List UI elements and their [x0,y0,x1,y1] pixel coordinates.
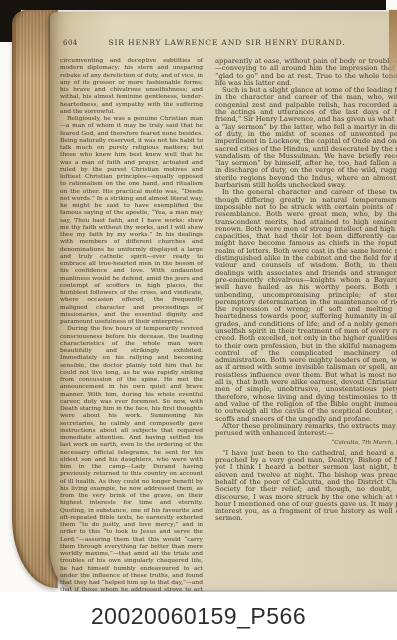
page-header: 604 SIR HENRY LAWRENCE AND SIR HENRY DUR… [60,38,394,51]
archive-id-label: 20020060159_P566 [91,603,306,630]
running-title: SIR HENRY LAWRENCE AND SIR HENRY DURAND. [60,38,394,47]
quote-paragraph: “I have just been to the cathedral, and … [215,450,397,523]
paragraph: Religiously, he was a genuine Christian … [60,116,203,326]
paragraph: circumventing and deceptive subtilties o… [60,58,203,116]
letter-dateline: “Calcutta, 7th March, 1853. [215,440,397,447]
book-photo: 604 SIR HENRY LAWRENCE AND SIR HENRY DUR… [0,0,397,592]
paragraph: After these preliminary remarks, the ext… [215,423,397,438]
page-number: 604 [63,39,78,47]
scanned-book-page: 604 SIR HENRY LAWRENCE AND SIR HENRY DUR… [0,0,397,640]
text-columns: circumventing and deceptive subtilties o… [60,58,397,640]
paragraph: In the general character and career of t… [215,189,397,423]
book-page: 604 SIR HENRY LAWRENCE AND SIR HENRY DUR… [50,12,397,590]
page-content: 604 SIR HENRY LAWRENCE AND SIR HENRY DUR… [60,38,397,640]
paragraph: Such is but a slight glance at some of t… [215,87,397,189]
backdrop-shadow-top [0,0,386,10]
left-column: circumventing and deceptive subtilties o… [60,58,203,640]
adjacent-page-edge [389,10,397,88]
archive-label-band: 20020060159_P566 [0,592,397,640]
paragraph: apparently at ease, without pain of body… [215,58,397,87]
right-column: apparently at ease, without pain of body… [215,58,397,640]
